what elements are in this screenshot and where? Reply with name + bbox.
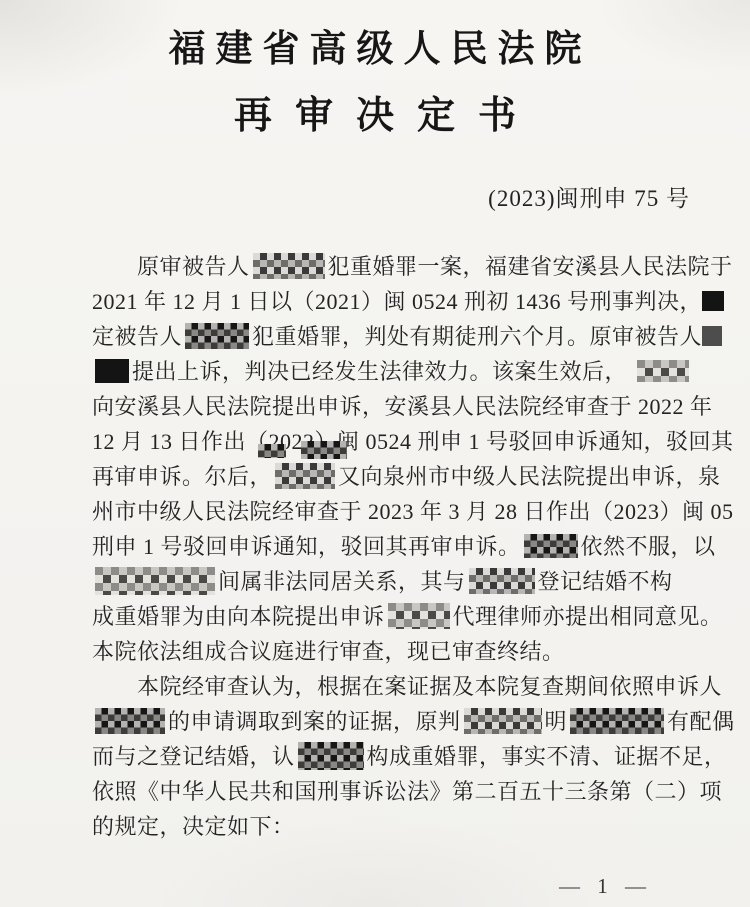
text-segment: 12 月 13 日作出（2022）闽 0524 刑申 1 号驳回申诉通知，驳回其 (92, 425, 734, 456)
text-segment: 向安溪县人民法院提出申诉，安溪县人民法院经审查于 2022 年 (92, 390, 713, 421)
text-segment: 原审被告人 (137, 250, 250, 281)
scanned-document-page: 福建省高级人民法院 再审决定书 (2023)闽刑申 75 号 原审被告人犯重婚罪… (0, 0, 750, 907)
redaction-fragment (258, 444, 286, 458)
text-line: 成重婚罪为由向本院提出申诉代理律师亦提出相同意见。 (92, 598, 692, 633)
redaction-block (275, 463, 335, 489)
redaction-block (464, 708, 542, 734)
text-line: 州市中级人民法院经审查于 2023 年 3 月 28 日作出（2023）闽 05 (92, 493, 692, 528)
redaction-block (702, 291, 724, 311)
redaction-block (298, 742, 364, 770)
text-segment: 的规定，决定如下： (92, 810, 295, 841)
text-segment: 2021 年 12 月 1 日以（2021）闽 0524 刑初 1436 号刑事… (92, 285, 702, 316)
text-segment: 定被告人 (92, 320, 182, 351)
redaction-block (702, 326, 722, 346)
text-segment: 又向泉州市中级人民法院提出申诉，泉 (338, 460, 721, 491)
text-segment: 本院依法组成合议庭进行审查，现已审查终结。 (92, 635, 565, 666)
text-line: 间属非法同居关系，其与登记结婚不构 (92, 563, 692, 598)
redaction-block (388, 603, 450, 629)
redaction-block (469, 568, 535, 594)
text-line: 再审申诉。尔后，又向泉州市中级人民法院提出申诉，泉 (92, 458, 692, 493)
text-segment: 再审申诉。尔后， (92, 460, 272, 491)
text-segment: 刑申 1 号驳回申诉通知，驳回其再审申诉。 (92, 530, 521, 561)
court-name-heading: 福建省高级人民法院 (0, 18, 750, 72)
text-segment: 构成重婚罪，事实不清、证据不足， (367, 740, 727, 771)
text-line: 提出上诉，判决已经发生法律效力。该案生效后， (92, 353, 692, 388)
text-segment: 犯重婚罪，判处有期徒刑六个月。原审被告人 (252, 320, 702, 351)
text-line: 本院经审查认为，根据在案证据及本院复查期间依照申诉人 (92, 668, 692, 703)
redaction-fragment (301, 441, 347, 459)
text-line: 原审被告人犯重婚罪一案，福建省安溪县人民法院于 (92, 248, 692, 283)
text-segment: 登记结婚不构 (538, 565, 673, 596)
redaction-block (570, 708, 664, 734)
text-line: 2021 年 12 月 1 日以（2021）闽 0524 刑初 1436 号刑事… (92, 283, 692, 318)
text-segment: 明 (545, 705, 568, 736)
text-segment: 而与之登记结婚，认 (92, 740, 295, 771)
redaction-block (524, 534, 578, 558)
text-segment: 代理律师亦提出相同意见。 (453, 600, 723, 631)
text-segment: 的申请调取到案的证据，原判 (168, 705, 461, 736)
text-line: 依照《中华人民共和国刑事诉讼法》第二百五十三条第（二）项 (92, 773, 692, 808)
text-line: 的规定，决定如下： (92, 808, 692, 843)
redaction-block (95, 359, 129, 383)
text-line: 而与之登记结婚，认构成重婚罪，事实不清、证据不足， (92, 738, 692, 773)
document-type-title: 再审决定书 (0, 84, 750, 139)
redaction-block (185, 323, 249, 349)
text-line: 的申请调取到案的证据，原判明有配偶 (92, 703, 692, 738)
document-body: 原审被告人犯重婚罪一案，福建省安溪县人民法院于2021 年 12 月 1 日以（… (92, 248, 692, 843)
redaction-block (95, 708, 165, 734)
text-segment: 依照《中华人民共和国刑事诉讼法》第二百五十三条第（二）项 (92, 775, 722, 806)
text-line: 向安溪县人民法院提出申诉，安溪县人民法院经审查于 2022 年 (92, 388, 692, 423)
text-line: 刑申 1 号驳回申诉通知，驳回其再审申诉。依然不服，以 (92, 528, 692, 563)
redaction-block (637, 360, 689, 382)
page-number: — 1 — (559, 874, 652, 899)
text-segment: 成重婚罪为由向本院提出申诉 (92, 600, 385, 631)
text-segment: 有配偶 (667, 705, 735, 736)
text-segment: 间属非法同居关系，其与 (218, 565, 466, 596)
text-line: 12 月 13 日作出（2022）闽 0524 刑申 1 号驳回申诉通知，驳回其 (92, 423, 692, 458)
redaction-block (95, 567, 215, 595)
redaction-block (253, 253, 325, 279)
text-segment: 犯重婚罪一案，福建省安溪县人民法院于 (328, 250, 733, 281)
text-segment: 提出上诉，判决已经发生法律效力。该案生效后， (132, 355, 627, 386)
text-segment: 本院经审查认为，根据在案证据及本院复查期间依照申诉人 (137, 670, 722, 701)
case-number: (2023)闽刑申 75 号 (488, 180, 690, 213)
text-segment: 州市中级人民法院经审查于 2023 年 3 月 28 日作出（2023）闽 05 (92, 495, 734, 526)
text-line: 定被告人犯重婚罪，判处有期徒刑六个月。原审被告人 (92, 318, 692, 353)
text-segment: 依然不服，以 (581, 530, 716, 561)
text-line: 本院依法组成合议庭进行审查，现已审查终结。 (92, 633, 692, 668)
